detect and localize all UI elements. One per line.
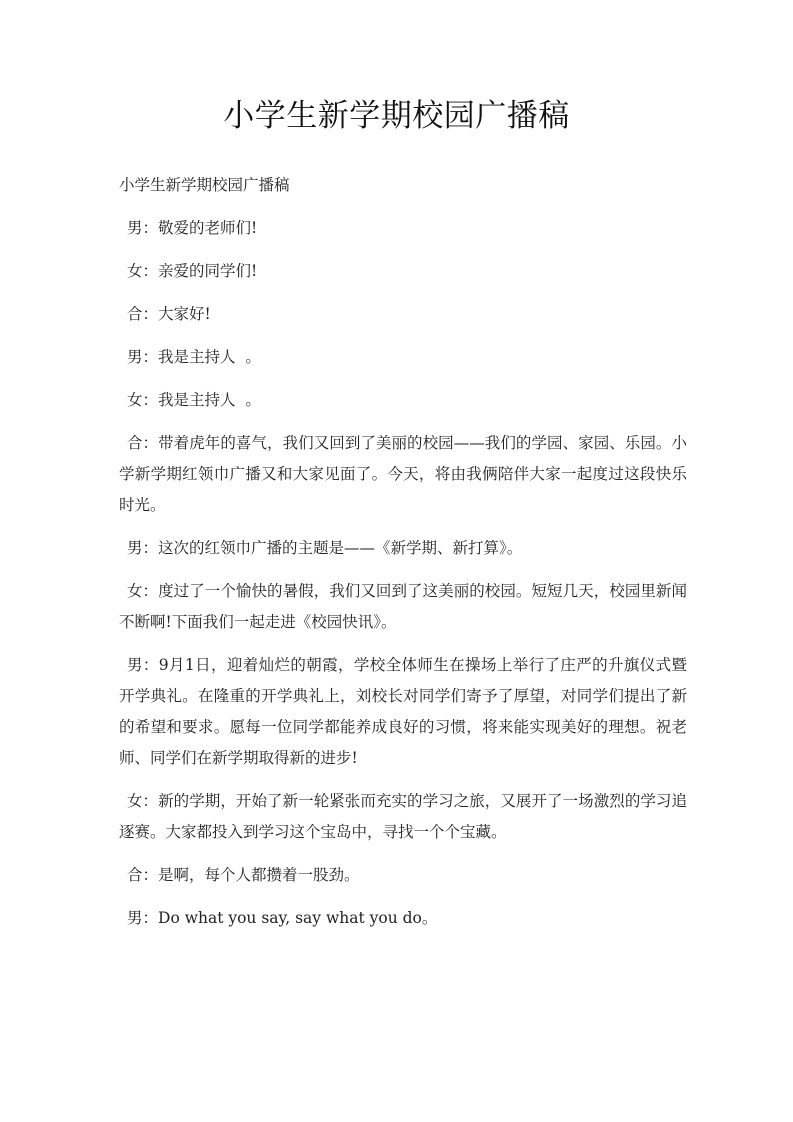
- paragraph: 男：这次的红领巾广播的主题是——《新学期、新打算》。: [119, 533, 687, 564]
- paragraph: 女：度过了一个愉快的暑假，我们又回到了这美丽的校园。短短几天，校园里新闻不断啊!…: [119, 576, 687, 638]
- paragraph-text: 9月1日，迎着灿烂的朝霞，学校全体师生在操场上举行了庄严的升旗仪式暨开学典礼。在…: [119, 656, 687, 767]
- paragraph-text: 这次的红领巾广播的主题是——《新学期、新打算》。: [158, 539, 522, 557]
- speaker-label: 合：: [127, 434, 158, 452]
- document-body: 小学生新学期校园广播稿 男：敬爱的老师们! 女：亲爱的同学们! 合：大家好! 男…: [119, 170, 687, 946]
- paragraph: 男：9月1日，迎着灿烂的朝霞，学校全体师生在操场上举行了庄严的升旗仪式暨开学典礼…: [119, 650, 687, 774]
- speaker-label: 女：: [127, 262, 158, 280]
- speaker-label: 女：: [127, 391, 158, 409]
- paragraph-text: 亲爱的同学们!: [158, 262, 257, 280]
- paragraph-text: 我是主持人 。: [158, 391, 261, 409]
- document-page: 小学生新学期校园广播稿 小学生新学期校园广播稿 男：敬爱的老师们! 女：亲爱的同…: [0, 0, 793, 1122]
- document-subtitle: 小学生新学期校园广播稿: [119, 170, 687, 201]
- paragraph: 合：大家好!: [119, 299, 687, 330]
- paragraph: 合：是啊，每个人都攒着一股劲。: [119, 860, 687, 891]
- paragraph: 女：亲爱的同学们!: [119, 256, 687, 287]
- paragraph-text: 是啊，每个人都攒着一股劲。: [158, 866, 360, 884]
- paragraph-text: 我是主持人 。: [158, 348, 261, 366]
- paragraph-text: 新的学期，开始了新一轮紧张而充实的学习之旅，又展开了一场激烈的学习追逐赛。大家都…: [119, 792, 687, 841]
- paragraph: 男：我是主持人 。: [119, 342, 687, 373]
- speaker-label: 女：: [127, 582, 158, 600]
- speaker-label: 女：: [127, 792, 158, 810]
- speaker-label: 合：: [127, 866, 158, 884]
- speaker-label: 合：: [127, 305, 158, 323]
- paragraph-text: 大家好!: [158, 305, 211, 323]
- paragraph-text: Do what you say, say what you do。: [158, 909, 437, 927]
- paragraph: 女：我是主持人 。: [119, 385, 687, 416]
- speaker-label: 男：: [127, 348, 158, 366]
- paragraph-text: 度过了一个愉快的暑假，我们又回到了这美丽的校园。短短几天，校园里新闻不断啊!下面…: [119, 582, 687, 631]
- speaker-label: 男：: [127, 219, 158, 237]
- paragraph: 男：Do what you say, say what you do。: [119, 903, 687, 934]
- paragraph: 男：敬爱的老师们!: [119, 213, 687, 244]
- paragraph: 合：带着虎年的喜气，我们又回到了美丽的校园——我们的学园、家园、乐园。小学新学期…: [119, 428, 687, 521]
- paragraph: 女：新的学期，开始了新一轮紧张而充实的学习之旅，又展开了一场激烈的学习追逐赛。大…: [119, 786, 687, 848]
- document-title: 小学生新学期校园广播稿: [0, 94, 793, 138]
- paragraph-text: 敬爱的老师们!: [158, 219, 257, 237]
- speaker-label: 男：: [127, 656, 159, 674]
- speaker-label: 男：: [127, 539, 158, 557]
- paragraph-text: 带着虎年的喜气，我们又回到了美丽的校园——我们的学园、家园、乐园。小学新学期红领…: [119, 434, 687, 514]
- speaker-label: 男：: [127, 909, 158, 927]
